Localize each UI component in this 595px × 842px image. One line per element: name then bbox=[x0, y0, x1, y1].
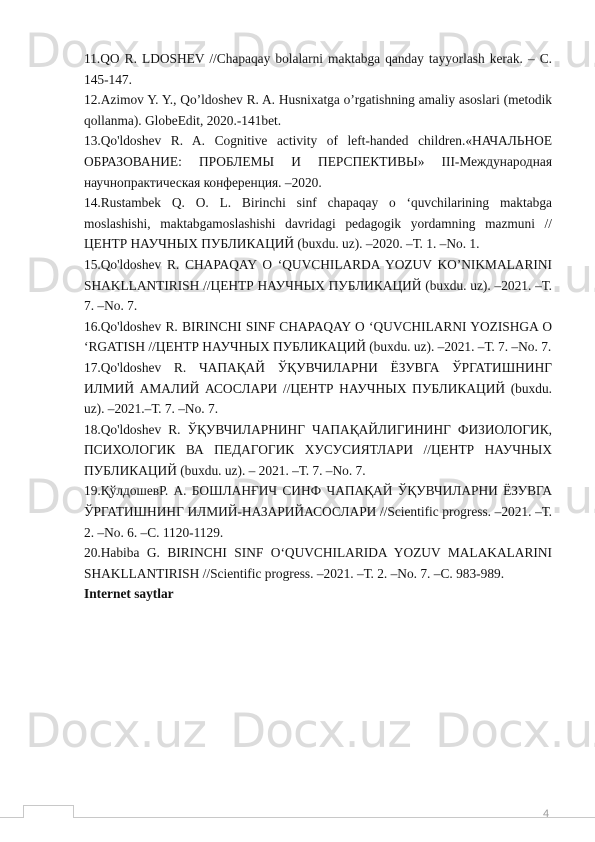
reference-item: 11.QO R. LDOSHEV //Chapaqay bolalarni ma… bbox=[84, 49, 552, 90]
page-number: 4 bbox=[543, 808, 549, 820]
reference-item: 14.Rustambek Q. O. L. Birinchi sinf chap… bbox=[84, 193, 552, 255]
reference-item: 12.Azimov Y. Y., Qo’ldoshev R. A. Husnix… bbox=[84, 90, 552, 131]
reference-item: 13.Qo'ldoshev R. A. Cognitive activity o… bbox=[84, 131, 552, 193]
reference-item: 19.ҚўлдошевР. А. БОШЛАНҒИЧ СИНФ ЧАПАҚАЙ … bbox=[84, 481, 552, 543]
reference-item: 20.Habiba G. BIRINCHI SINF O‘QUVCHILARID… bbox=[84, 543, 552, 584]
watermark-row: Docx.uz Docx.uz Docx.uz bbox=[0, 702, 595, 762]
reference-list: 11.QO R. LDOSHEV //Chapaqay bolalarni ma… bbox=[84, 49, 552, 605]
reference-item: 15.Qo'ldoshev R. CHAPAQAY O ‘QUVCHILARDA… bbox=[84, 255, 552, 317]
watermark: Docx.uz bbox=[435, 702, 595, 762]
reference-item: 18.Qo'ldoshev R. ЎҚУВЧИЛАРНИНГ ЧАПАҚАЙЛИ… bbox=[84, 420, 552, 482]
watermark: Docx.uz bbox=[230, 702, 411, 762]
footer-divider bbox=[0, 817, 595, 818]
reference-item: 16.Qo'ldoshev R. BIRINCHI SINF CHAPAQAY … bbox=[84, 317, 552, 358]
watermark: Docx.uz bbox=[25, 702, 206, 762]
footer-tab bbox=[23, 805, 74, 818]
reference-item: 17.Qo'ldoshev R. ЧАПАҚАЙ ЎҚУВЧИЛАРНИ ЁЗУ… bbox=[84, 358, 552, 420]
document-page: Docx.uz Docx.uz Docx.uz Docx.uz Docx.uz … bbox=[0, 0, 595, 842]
section-heading: Internet saytlar bbox=[84, 584, 552, 605]
